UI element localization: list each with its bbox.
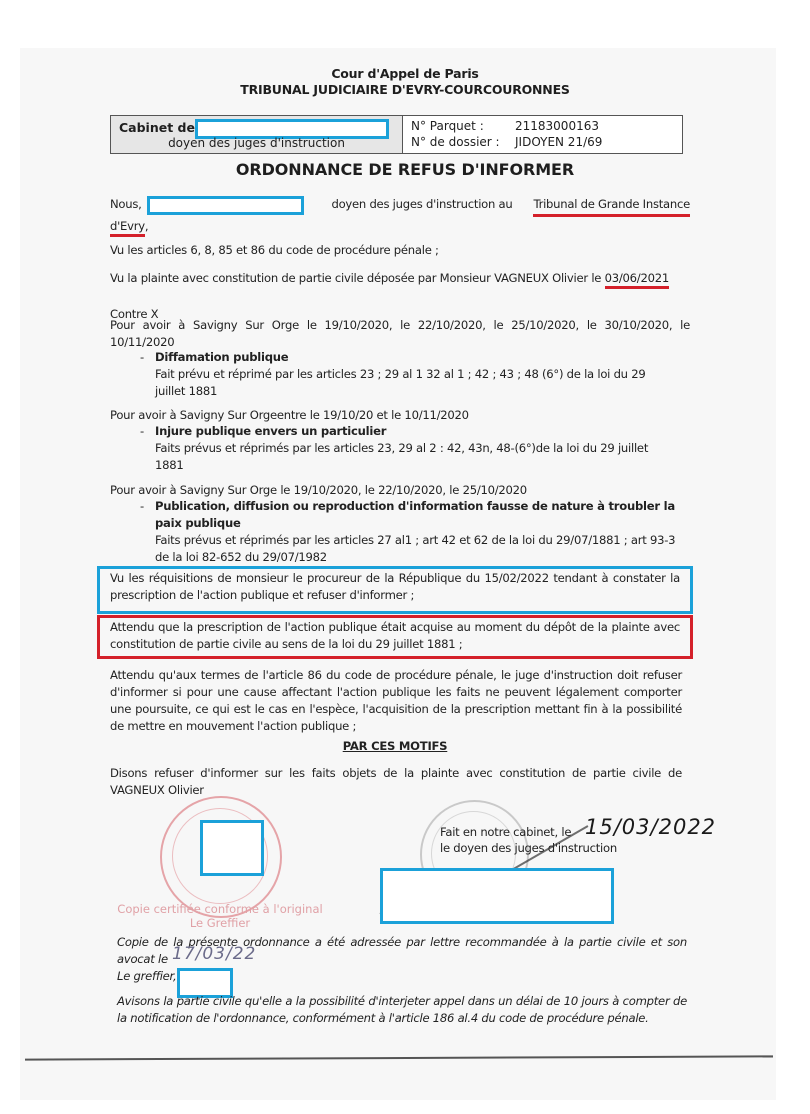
charge-2-offense: Injure publique envers un particulier [110, 423, 690, 440]
plainte-date: 03/06/2021 [605, 271, 669, 289]
charge-1-dash: - [140, 349, 144, 366]
charge-2-legal: Faits prévus et réprimés par les article… [110, 440, 690, 474]
dossier-row: N° de dossier : JIDOYEN 21/69 [411, 135, 500, 149]
vu-plainte-text: Vu la plainte avec constitution de parti… [110, 271, 601, 285]
handwritten-date: 15/03/2022 [585, 815, 716, 839]
case-info-box: Cabinet de doyen des juges d'instruction… [110, 115, 683, 154]
motifs-heading: PAR CES MOTIFS [0, 738, 790, 755]
attendu-paragraph-1: Attendu que la prescription de l'action … [110, 619, 680, 653]
nous-comma: , [145, 219, 148, 233]
nous-prefix: Nous, [110, 196, 142, 217]
charge-3-intro: Pour avoir à Savigny Sur Orge le 19/10/2… [110, 482, 690, 499]
nous-suffix: doyen des juges d'instruction au [331, 196, 512, 217]
cabinet-subtitle: doyen des juges d'instruction [111, 136, 402, 150]
vu-articles: Vu les articles 6, 8, 85 et 86 du code d… [110, 242, 690, 259]
charge-1-legal: Fait prévu et réprimé par les articles 2… [110, 366, 690, 400]
disons-paragraph: Disons refuser d'informer sur les faits … [110, 765, 682, 799]
document-title: ORDONNANCE DE REFUS D'INFORMER [0, 160, 810, 179]
fait-cabinet: Fait en notre cabinet, le [440, 824, 571, 841]
redacted-signature [380, 868, 614, 924]
charge-1-intro: Pour avoir à Savigny Sur Orge le 19/10/2… [110, 317, 690, 351]
charge-2-dash: - [140, 423, 144, 440]
avisons-paragraph: Avisons la partie civile qu'elle a la po… [117, 993, 687, 1027]
attendu-paragraph-2: Attendu qu'aux termes de l'article 86 du… [110, 667, 682, 735]
charge-3-offense: Publication, diffusion ou reproduction d… [110, 498, 690, 532]
doyen-label: le doyen des juges d'instruction [440, 840, 617, 857]
greffier-stamp: Le Greffier [100, 916, 340, 930]
requisitions-paragraph: Vu les réquisitions de monsieur le procu… [110, 570, 680, 604]
greffier-label: Le greffier, [117, 968, 176, 985]
parquet-label: N° Parquet : [411, 119, 484, 133]
cabinet-label: Cabinet de [119, 120, 195, 135]
charge-3-legal: Faits prévus et réprimés par les article… [110, 532, 690, 566]
dossier-value: JIDOYEN 21/69 [515, 135, 602, 149]
dossier-label: N° de dossier : [411, 135, 500, 149]
handwritten-copy-date: 17/03/22 [172, 944, 256, 964]
charge-1-offense: Diffamation publique [110, 349, 690, 366]
charge-3: - Publication, diffusion ou reproduction… [110, 498, 690, 566]
court-name: Cour d'Appel de Paris [0, 66, 810, 81]
charge-3-dash: - [140, 498, 144, 515]
fait-label: Fait en notre cabinet, le [440, 825, 571, 839]
charge-2-intro: Pour avoir à Savigny Sur Orgeentre le 19… [110, 407, 690, 424]
charge-1: - Diffamation publique Fait prévu et rép… [110, 349, 690, 400]
redacted-judge-name-2 [147, 196, 304, 215]
parquet-value: 21183000163 [515, 119, 599, 133]
nous-tribunal: Tribunal de Grande Instance [533, 196, 690, 217]
case-numbers-cell: N° Parquet : 21183000163 N° de dossier :… [403, 116, 682, 153]
cabinet-cell: Cabinet de doyen des juges d'instruction [111, 116, 403, 153]
redacted-seal-center [200, 820, 264, 876]
parquet-row: N° Parquet : 21183000163 [411, 119, 484, 133]
certified-copy-stamp: Copie certifiée conforme à l'original [100, 902, 340, 916]
tribunal-name: TRIBUNAL JUDICIAIRE D'EVRY-COURCOURONNES [0, 82, 810, 97]
nous-city: d'Evry [110, 219, 145, 237]
charge-2: - Injure publique envers un particulier … [110, 423, 690, 474]
vu-plainte: Vu la plainte avec constitution de parti… [110, 270, 690, 287]
